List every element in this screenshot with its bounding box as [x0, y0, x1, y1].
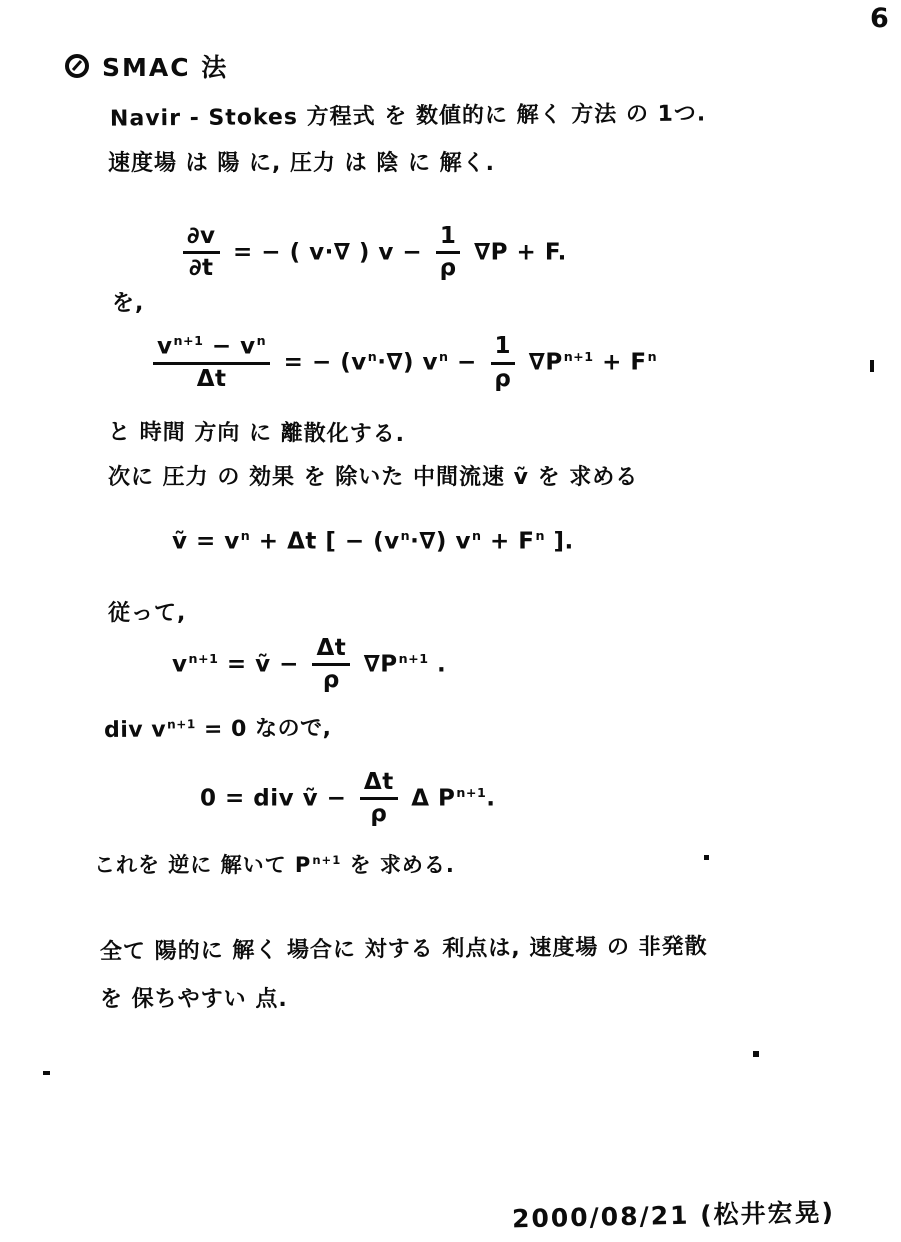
discretize-line: と 時間 方向 に 離散化する.	[108, 419, 405, 450]
scan-artifact-dot	[704, 855, 709, 860]
equation-update: vn+1 = ṽ − Δtρ ∇Pn+1 .	[172, 636, 446, 694]
equation-momentum: ∂v∂t = − ( v·∇ ) v − 1ρ ∇P + F.	[178, 224, 567, 282]
section-heading: SMAC 法	[64, 48, 228, 84]
merit-line-1: 全て 陽的に 解く 場合に 対する 利点は, 速度場 の 非発散	[100, 933, 708, 967]
merit-line-2: を 保ちやすい 点.	[100, 986, 288, 1015]
divergence-condition-line: div vn+1 = 0 なので,	[104, 711, 332, 744]
intermediate-line: 次に 圧力 の 効果 を 除いた 中間流速 ṽ を 求める	[108, 464, 638, 493]
equation-discretized: vn+1 − vnΔt = − (vn·∇) vn − 1ρ ∇Pn+1 + F…	[148, 334, 657, 392]
scan-artifact-dot	[753, 1051, 759, 1057]
section-title: SMAC 法	[102, 48, 228, 84]
scan-artifact-dot	[43, 1071, 50, 1075]
intro-line-2: 速度場 は 陽 に, 圧力 は 陰 に 解く.	[108, 150, 495, 179]
scan-artifact-dot	[870, 360, 874, 372]
section-bullet-icon	[64, 53, 90, 79]
connector-wo: を,	[112, 290, 144, 319]
equation-intermediate-velocity: ṽ = vn + Δt [ − (vn·∇) vn + Fn ].	[172, 528, 574, 555]
date-signature: 2000/08/21 (松井宏晃)	[512, 1193, 836, 1236]
therefore-line: 従って,	[108, 600, 186, 629]
page-number: 6	[870, 3, 889, 34]
equation-poisson: 0 = div ṽ − Δtρ Δ Pn+1.	[200, 770, 496, 828]
intro-line-1: Navir - Stokes 方程式 を 数値的に 解く 方法 の 1つ.	[110, 100, 706, 134]
solve-pressure-line: これを 逆に 解いて Pn+1 を 求める.	[94, 852, 455, 879]
scanned-note-page: { "page": { "number": "6", "heading": { …	[0, 0, 901, 1242]
